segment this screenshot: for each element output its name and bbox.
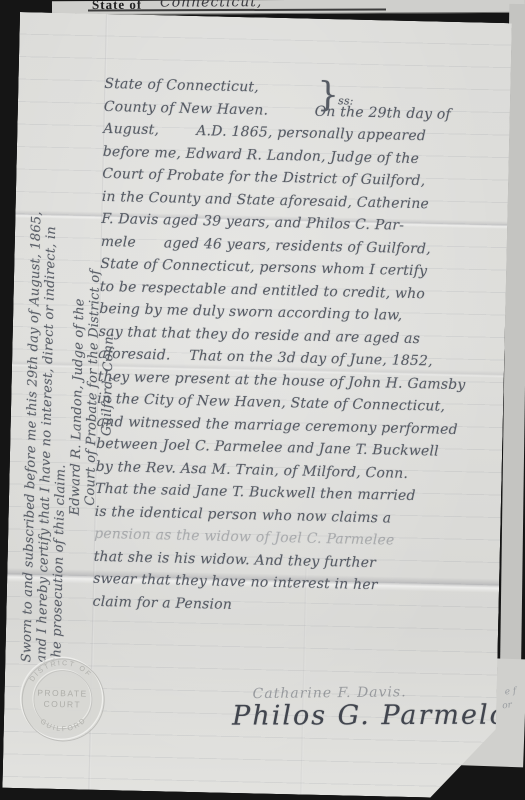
seal-center-text: PROBATE	[37, 688, 88, 699]
header-strip: State of Connecticut,	[52, 0, 525, 15]
affidavit-body-text: } ss: State of Connecticut, County of Ne…	[92, 76, 484, 624]
scanned-document-photo: { "document": { "header": { "printed": "…	[0, 0, 525, 800]
document-page: } ss: State of Connecticut, County of Ne…	[2, 12, 511, 799]
jurat-ss-abbreviation: ss:	[338, 94, 354, 107]
faint-edge-mark: e f	[504, 686, 517, 697]
faint-edge-mark: or	[502, 700, 513, 711]
jurat-brace: }	[317, 75, 340, 115]
signature-philos-parmelo: Philos G. Parmelo	[232, 700, 508, 732]
embossed-probate-seal: DISTRICT OF GUILFORD PROBATE COURT	[17, 654, 107, 744]
seal-center-text: COURT	[43, 699, 81, 710]
margin-jurat-note: Sworn to and subscribed before me this 2…	[19, 170, 120, 664]
